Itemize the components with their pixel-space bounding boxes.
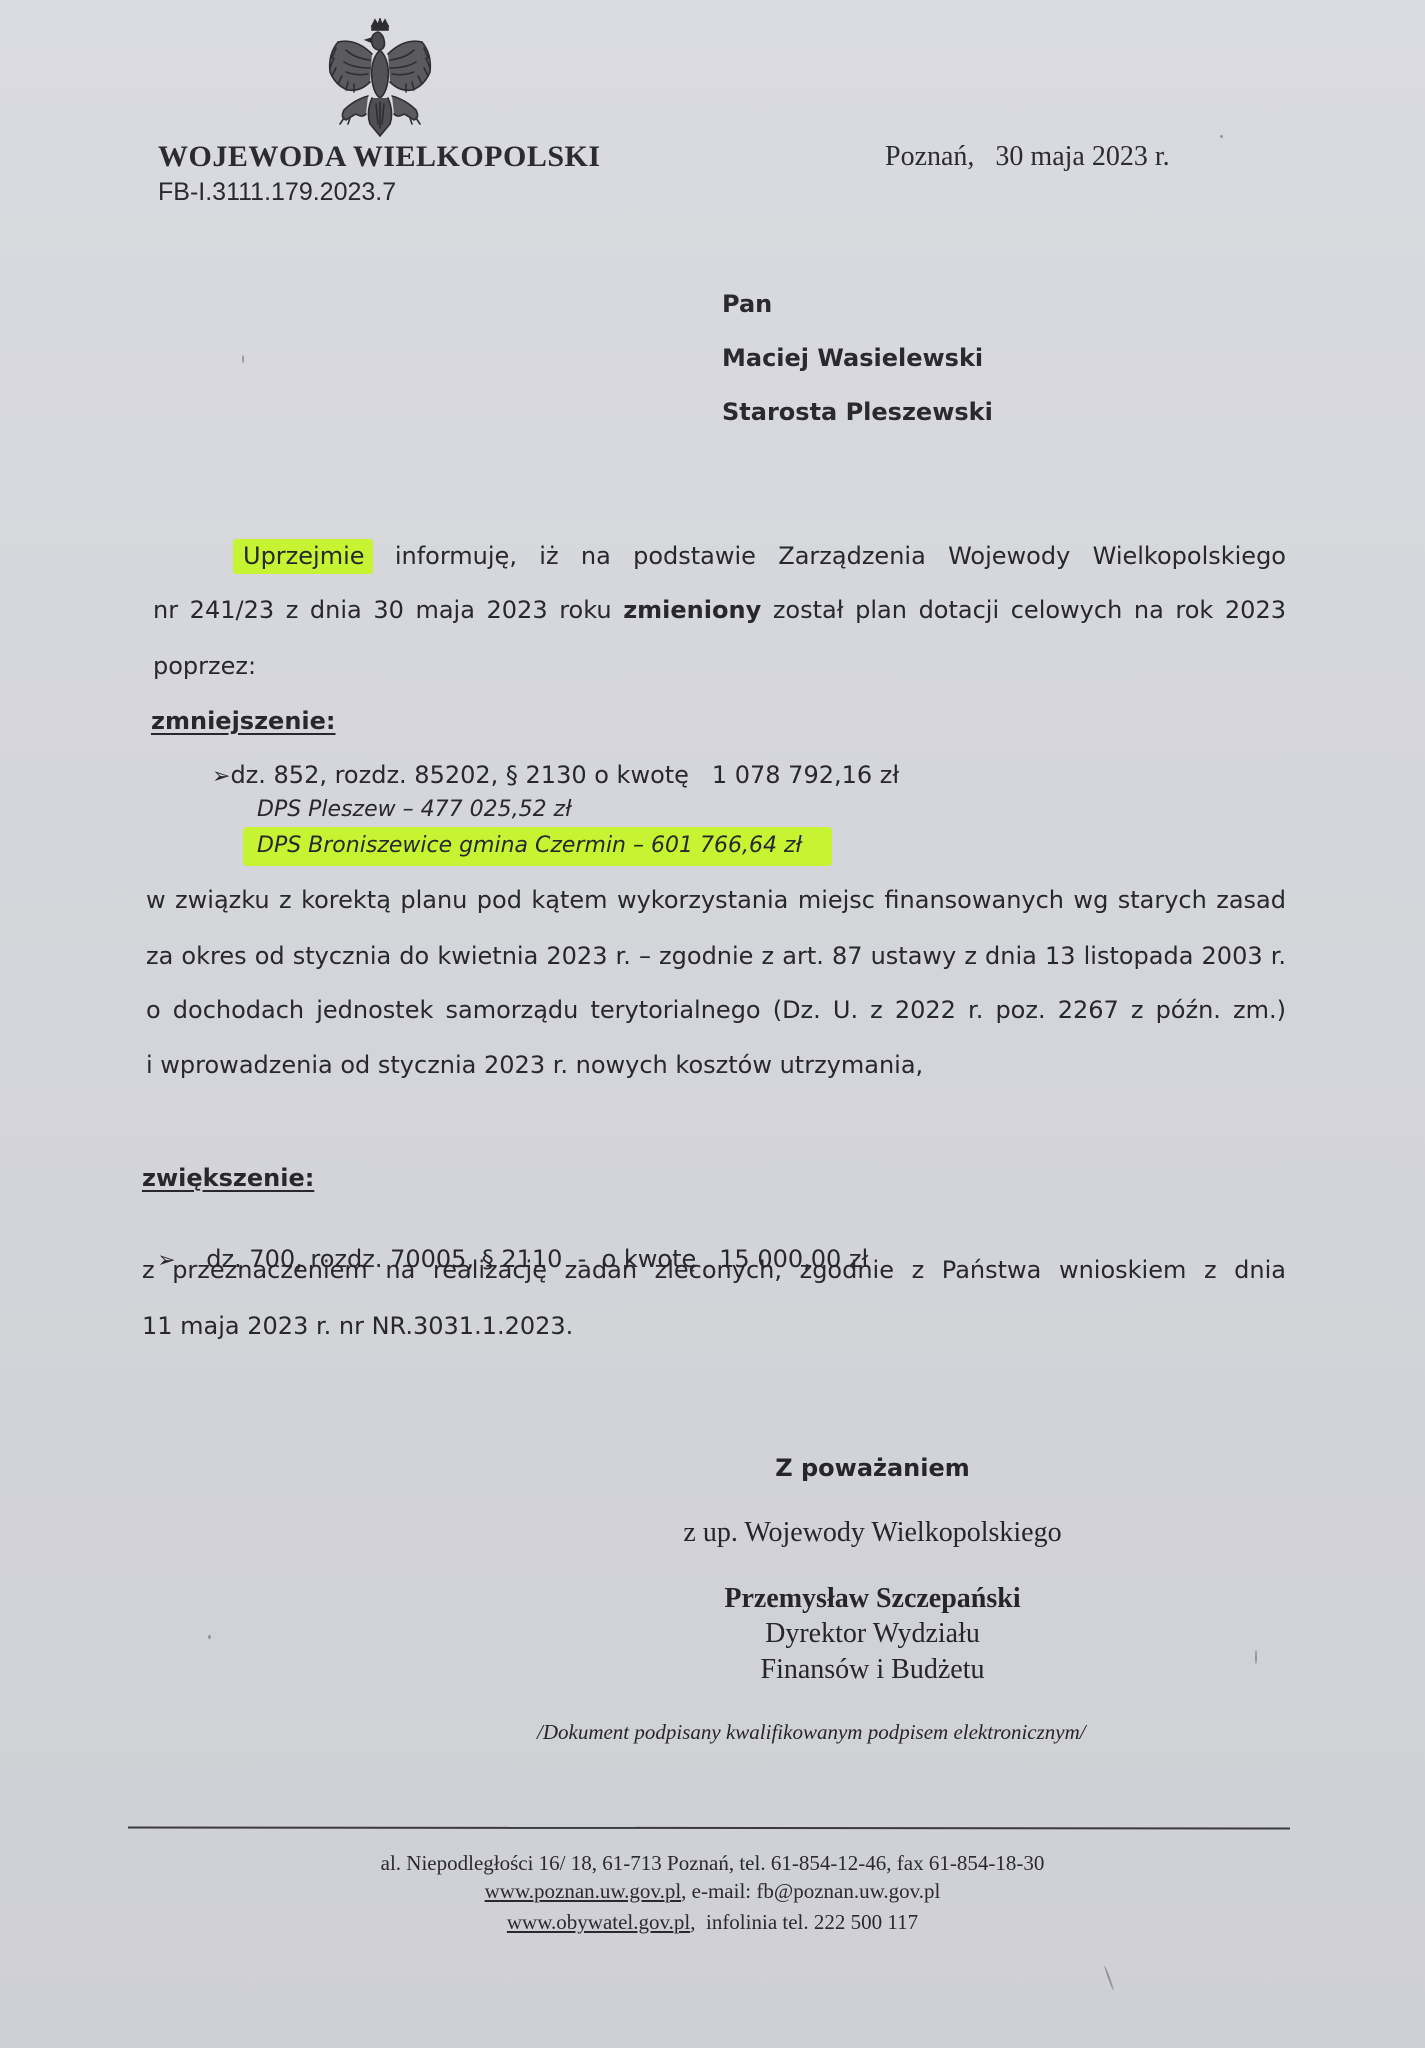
decrease-item-text: dz. 852, rozdz. 85202, § 2130 o kwotę 1 …: [230, 761, 899, 789]
paper-speck: [1255, 1650, 1257, 1664]
addressee-name: Maciej Wasielewski: [722, 344, 983, 372]
infoline-text: , infolinia tel. 222 500 117: [690, 1910, 918, 1934]
on-behalf-of: z up. Wojewody Wielkopolskiego: [0, 1517, 1425, 1549]
issuer-name: WOJEWODA WIELKOPOLSKI: [158, 140, 601, 174]
place-and-date: Poznań, 30 maja 2023 r.: [885, 141, 1170, 173]
intro-line-2: nr 241/23 z dnia 30 maja 2023 roku zmien…: [153, 596, 1286, 624]
justification-line-3: o dochodach jednostek samorządu terytori…: [146, 996, 1286, 1024]
purpose-line-1: z przeznaczeniem na realizację zadań zle…: [142, 1256, 1286, 1284]
decrease-sub-item: DPS Pleszew – 477 025,52 zł: [257, 797, 571, 822]
intro-bold-word: zmieniony: [623, 596, 761, 624]
footer-infoline: www.obywatel.gov.pl, infolinia tel. 222 …: [0, 1910, 1425, 1935]
paper-speck: [1220, 135, 1223, 138]
intro-line-3: poprzez:: [153, 652, 256, 680]
signer-name: Przemysław Szczepański: [0, 1583, 1425, 1615]
justification-line-2: za okres od stycznia do kwietnia 2023 r.…: [146, 942, 1286, 970]
e-signature-note: /Dokument podpisany kwalifikowanym podpi…: [537, 1720, 1086, 1745]
intro-line-2-end: został plan dotacji celowych na rok 2023: [773, 596, 1286, 624]
justification-line-1: w związku z korektą planu pod kątem wyko…: [146, 886, 1286, 914]
paper-speck: [208, 1635, 211, 1639]
signer-position-line-1: Dyrektor Wydziału: [0, 1618, 1425, 1650]
email-label: , e-mail:: [681, 1879, 756, 1903]
footer-divider: [128, 1826, 1290, 1829]
website-link[interactable]: www.poznan.uw.gov.pl: [485, 1879, 682, 1903]
addressee-title: Starosta Pleszewski: [722, 398, 993, 426]
closing-phrase: Z poważaniem: [0, 1454, 1425, 1482]
purpose-line-2: 11 maja 2023 r. nr NR.3031.1.2023.: [142, 1312, 573, 1340]
decrease-item: ➢dz. 852, rozdz. 85202, § 2130 o kwotę 1…: [212, 761, 899, 789]
signer-position-line-2: Finansów i Budżetu: [0, 1654, 1425, 1686]
highlighted-sub-item: DPS Broniszewice gmina Czermin – 601 766…: [243, 827, 832, 866]
obywatel-link[interactable]: www.obywatel.gov.pl: [507, 1910, 690, 1934]
footer-contact-line: www.poznan.uw.gov.pl, e-mail: fb@poznan.…: [0, 1879, 1425, 1904]
paper-speck: [1104, 1965, 1115, 1990]
decrease-heading: zmniejszenie:: [151, 707, 336, 735]
polish-eagle-emblem-icon: [322, 18, 438, 142]
increase-heading: zwiększenie:: [142, 1164, 314, 1192]
arrow-bullet-icon: ➢: [212, 764, 230, 789]
decrease-sub-item-highlighted: DPS Broniszewice gmina Czermin – 601 766…: [243, 833, 832, 858]
email-address: fb@poznan.uw.gov.pl: [756, 1879, 940, 1903]
intro-line-2-start: nr 241/23 z dnia 30 maja 2023 roku: [153, 596, 612, 624]
intro-line-1-text: informuję, iż na podstawie Zarządzenia W…: [395, 542, 1286, 570]
justification-line-4: i wprowadzenia od stycznia 2023 r. nowyc…: [146, 1051, 923, 1079]
highlighted-word: Uprzejmie: [233, 539, 373, 574]
paper-speck: [242, 355, 244, 363]
reference-number: FB-I.3111.179.2023.7: [158, 178, 396, 207]
addressee-salutation: Pan: [722, 290, 772, 318]
intro-line-1: Uprzejmie informuję, iż na podstawie Zar…: [233, 542, 1286, 570]
footer-address: al. Niepodległości 16/ 18, 61-713 Poznań…: [0, 1851, 1425, 1876]
